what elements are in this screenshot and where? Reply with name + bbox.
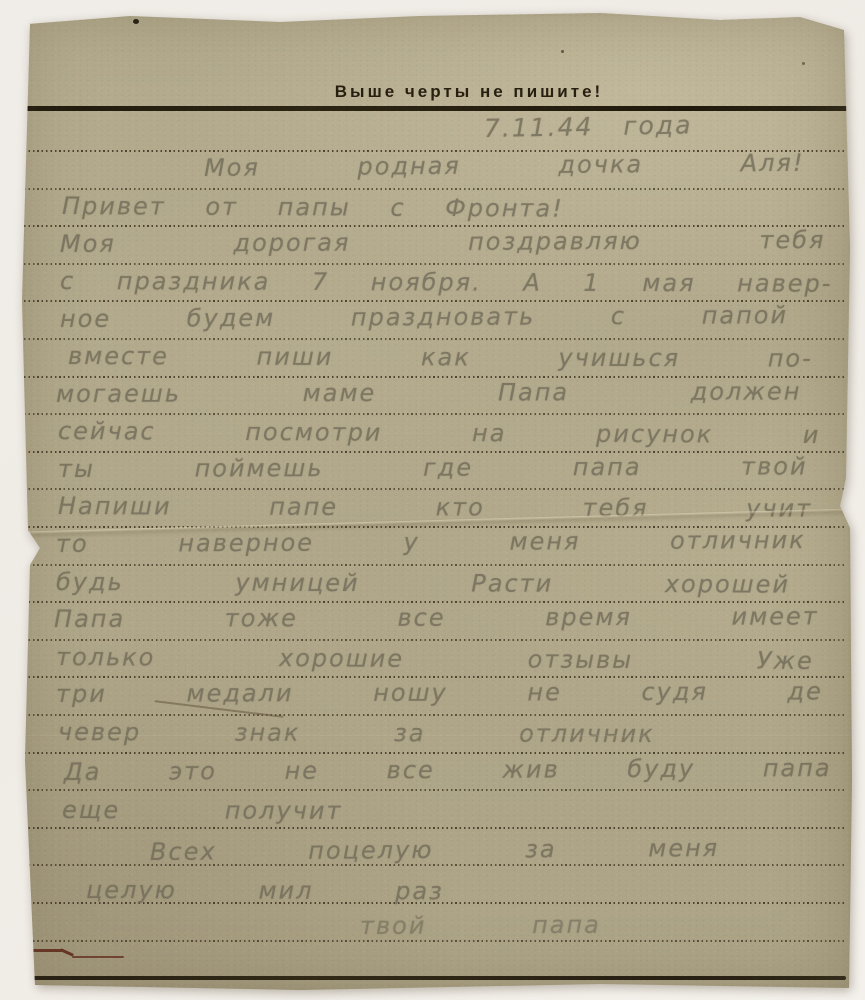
ruled-line bbox=[24, 188, 847, 190]
top-rule bbox=[16, 106, 850, 111]
handwriting-line: могаешь маме Папа должен bbox=[56, 377, 801, 408]
printed-warning-label: Выше черты не пишите! bbox=[104, 82, 834, 102]
handwriting-line: только хорошие отзывы Уже bbox=[56, 643, 814, 675]
handwriting-line: будь умницей Расти хорошей bbox=[56, 568, 790, 599]
ruled-line bbox=[24, 827, 847, 829]
handwriting-line: ты поймешь где папа твой bbox=[58, 452, 808, 483]
ruled-line bbox=[24, 338, 847, 340]
ruled-line bbox=[24, 940, 847, 942]
paper-speck bbox=[561, 50, 564, 53]
handwriting-line: вместе пиши как учишься по- bbox=[68, 342, 813, 373]
ruled-line bbox=[24, 752, 847, 754]
handwriting-line: Моя дорогая поздравляю тебя bbox=[60, 226, 826, 258]
handwriting-line: твой папа bbox=[360, 911, 601, 940]
handwriting-line: Папа тоже все время имеет bbox=[54, 602, 819, 633]
handwriting-line: Всех поцелую за меня bbox=[150, 834, 719, 866]
handwriting-line: ное будем праздновать с папой bbox=[60, 301, 788, 333]
ruled-line bbox=[24, 864, 847, 866]
photo-backdrop: Выше черты не пишите! 7.11.44 года Моя р… bbox=[0, 0, 865, 1000]
handwriting-line: чевер знак за отличник bbox=[58, 718, 655, 748]
ruled-line bbox=[24, 564, 847, 566]
handwriting-line: Моя родная дочка Аля! bbox=[204, 149, 805, 182]
handwriting-line: с праздника 7 ноября. А 1 мая навер- bbox=[60, 267, 832, 298]
paper-speck bbox=[133, 19, 139, 24]
handwriting-line: сейчас посмотри на рисунок и bbox=[58, 417, 821, 449]
ruled-line bbox=[24, 488, 847, 490]
ruled-line bbox=[24, 263, 847, 265]
paper-speck bbox=[802, 62, 805, 65]
handwriting-line: Напиши папе кто тебя учит bbox=[58, 492, 812, 523]
handwriting-date: 7.11.44 года bbox=[484, 110, 693, 143]
stain-mark bbox=[30, 949, 126, 959]
ruled-line bbox=[24, 639, 847, 641]
bottom-rule bbox=[20, 976, 846, 980]
handwriting-line: Привет от папы с Фронта! bbox=[62, 192, 564, 223]
fold-crease-soft bbox=[14, 735, 854, 737]
handwriting-line: еще получит bbox=[62, 796, 343, 825]
ruled-line bbox=[24, 714, 847, 716]
ruled-line bbox=[24, 413, 847, 415]
ruled-line bbox=[24, 789, 847, 791]
handwriting-line: Да это не все жив буду папа bbox=[64, 754, 832, 786]
handwriting-line: целую мил раз bbox=[86, 876, 444, 905]
letter-paper: Выше черты не пишите! 7.11.44 года Моя р… bbox=[14, 8, 854, 994]
handwriting-line: то наверное у меня отличник bbox=[56, 526, 806, 558]
